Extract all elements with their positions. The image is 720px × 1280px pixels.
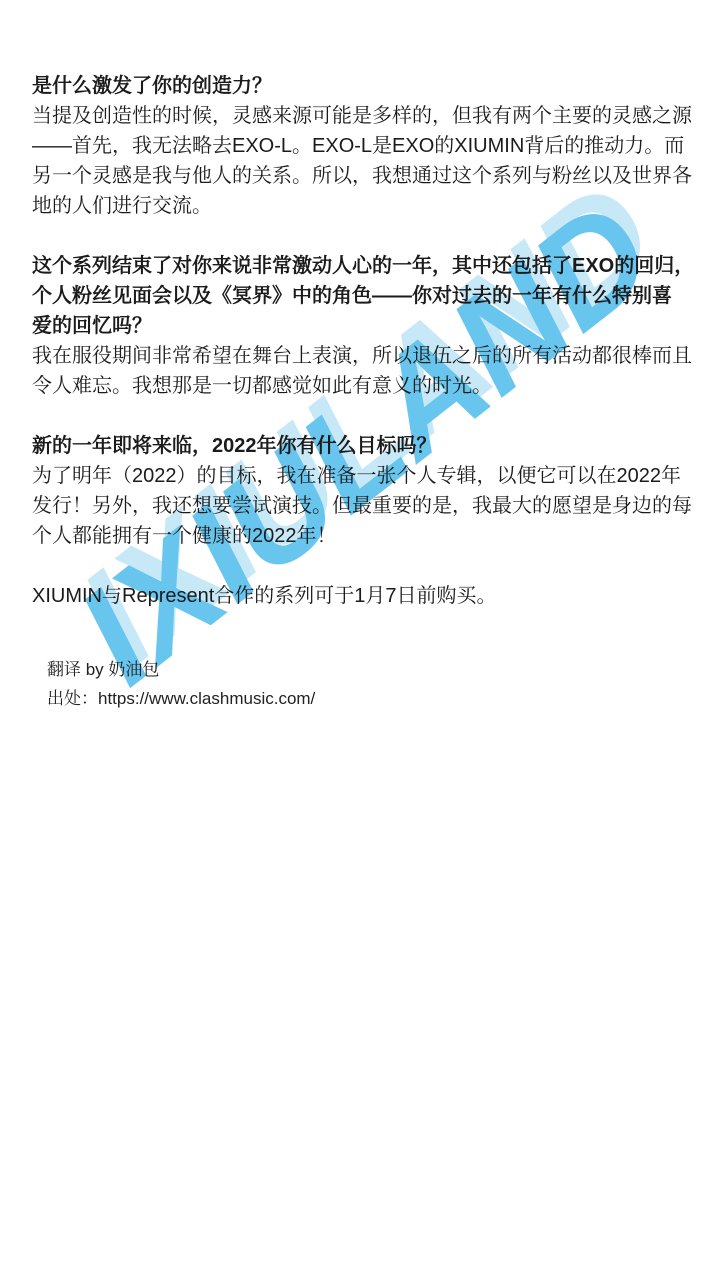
- credit-source: 出处：https://www.clashmusic.com/: [47, 684, 698, 713]
- answer-line: ——首先，我无法略去EXO-L。EXO-L是EXO的XIUMIN背后的推动力。而: [32, 131, 698, 161]
- answer-line: 发行！另外，我还想要尝试演技。但最重要的是，我最大的愿望是身边的每: [32, 491, 698, 521]
- answer-line: 我在服役期间非常希望在舞台上表演，所以退伍之后的所有活动都很棒而且: [32, 341, 698, 371]
- interview-question: 新的一年即将来临，2022年你有什么目标吗？: [32, 431, 698, 461]
- section-gap: [32, 551, 698, 581]
- question-line: 是什么激发了你的创造力？: [32, 71, 698, 101]
- answer-line: 另一个灵感是我与他人的关系。所以，我想通过这个系列与粉丝以及世界各: [32, 161, 698, 191]
- qa-section: 新的一年即将来临，2022年你有什么目标吗？ 为了明年（2022）的目标，我在准…: [32, 431, 698, 551]
- interview-answer: 为了明年（2022）的目标，我在准备一张个人专辑，以便它可以在2022年 发行！…: [32, 461, 698, 551]
- qa-section: 是什么激发了你的创造力？ 当提及创造性的时候，灵感来源可能是多样的，但我有两个主…: [32, 71, 698, 221]
- question-line: 新的一年即将来临，2022年你有什么目标吗？: [32, 431, 698, 461]
- section-gap: [32, 401, 698, 431]
- question-line: 个人粉丝见面会以及《冥界》中的角色——你对过去的一年有什么特别喜: [32, 281, 698, 311]
- answer-line: 个人都能拥有一个健康的2022年！: [32, 521, 698, 551]
- interview-question: 是什么激发了你的创造力？: [32, 71, 698, 101]
- answer-line: 地的人们进行交流。: [32, 191, 698, 221]
- interview-answer: 当提及创造性的时候，灵感来源可能是多样的，但我有两个主要的灵感之源 ——首先，我…: [32, 101, 698, 221]
- answer-line: 当提及创造性的时候，灵感来源可能是多样的，但我有两个主要的灵感之源: [32, 101, 698, 131]
- purchase-note-line: XIUMIN与Represent合作的系列可于1月7日前购买。: [32, 581, 698, 611]
- section-gap: [32, 221, 698, 251]
- article-body: 是什么激发了你的创造力？ 当提及创造性的时候，灵感来源可能是多样的，但我有两个主…: [32, 71, 698, 713]
- credits: 翻译 by 奶油包 出处：https://www.clashmusic.com/: [32, 655, 698, 713]
- interview-translation-page: IXIULAND 是什么激发了你的创造力？ 当提及创造性的时候，灵感来源可能是多…: [0, 0, 720, 1280]
- credit-translator: 翻译 by 奶油包: [47, 655, 698, 684]
- answer-line: 为了明年（2022）的目标，我在准备一张个人专辑，以便它可以在2022年: [32, 461, 698, 491]
- interview-answer: 我在服役期间非常希望在舞台上表演，所以退伍之后的所有活动都很棒而且 令人难忘。我…: [32, 341, 698, 401]
- question-line: 爱的回忆吗？: [32, 311, 698, 341]
- answer-line: 令人难忘。我想那是一切都感觉如此有意义的时光。: [32, 371, 698, 401]
- interview-question: 这个系列结束了对你来说非常激动人心的一年，其中还包括了EXO的回归， 个人粉丝见…: [32, 251, 698, 341]
- qa-section: 这个系列结束了对你来说非常激动人心的一年，其中还包括了EXO的回归， 个人粉丝见…: [32, 251, 698, 401]
- purchase-note: XIUMIN与Represent合作的系列可于1月7日前购买。: [32, 581, 698, 611]
- question-line: 这个系列结束了对你来说非常激动人心的一年，其中还包括了EXO的回归，: [32, 251, 698, 281]
